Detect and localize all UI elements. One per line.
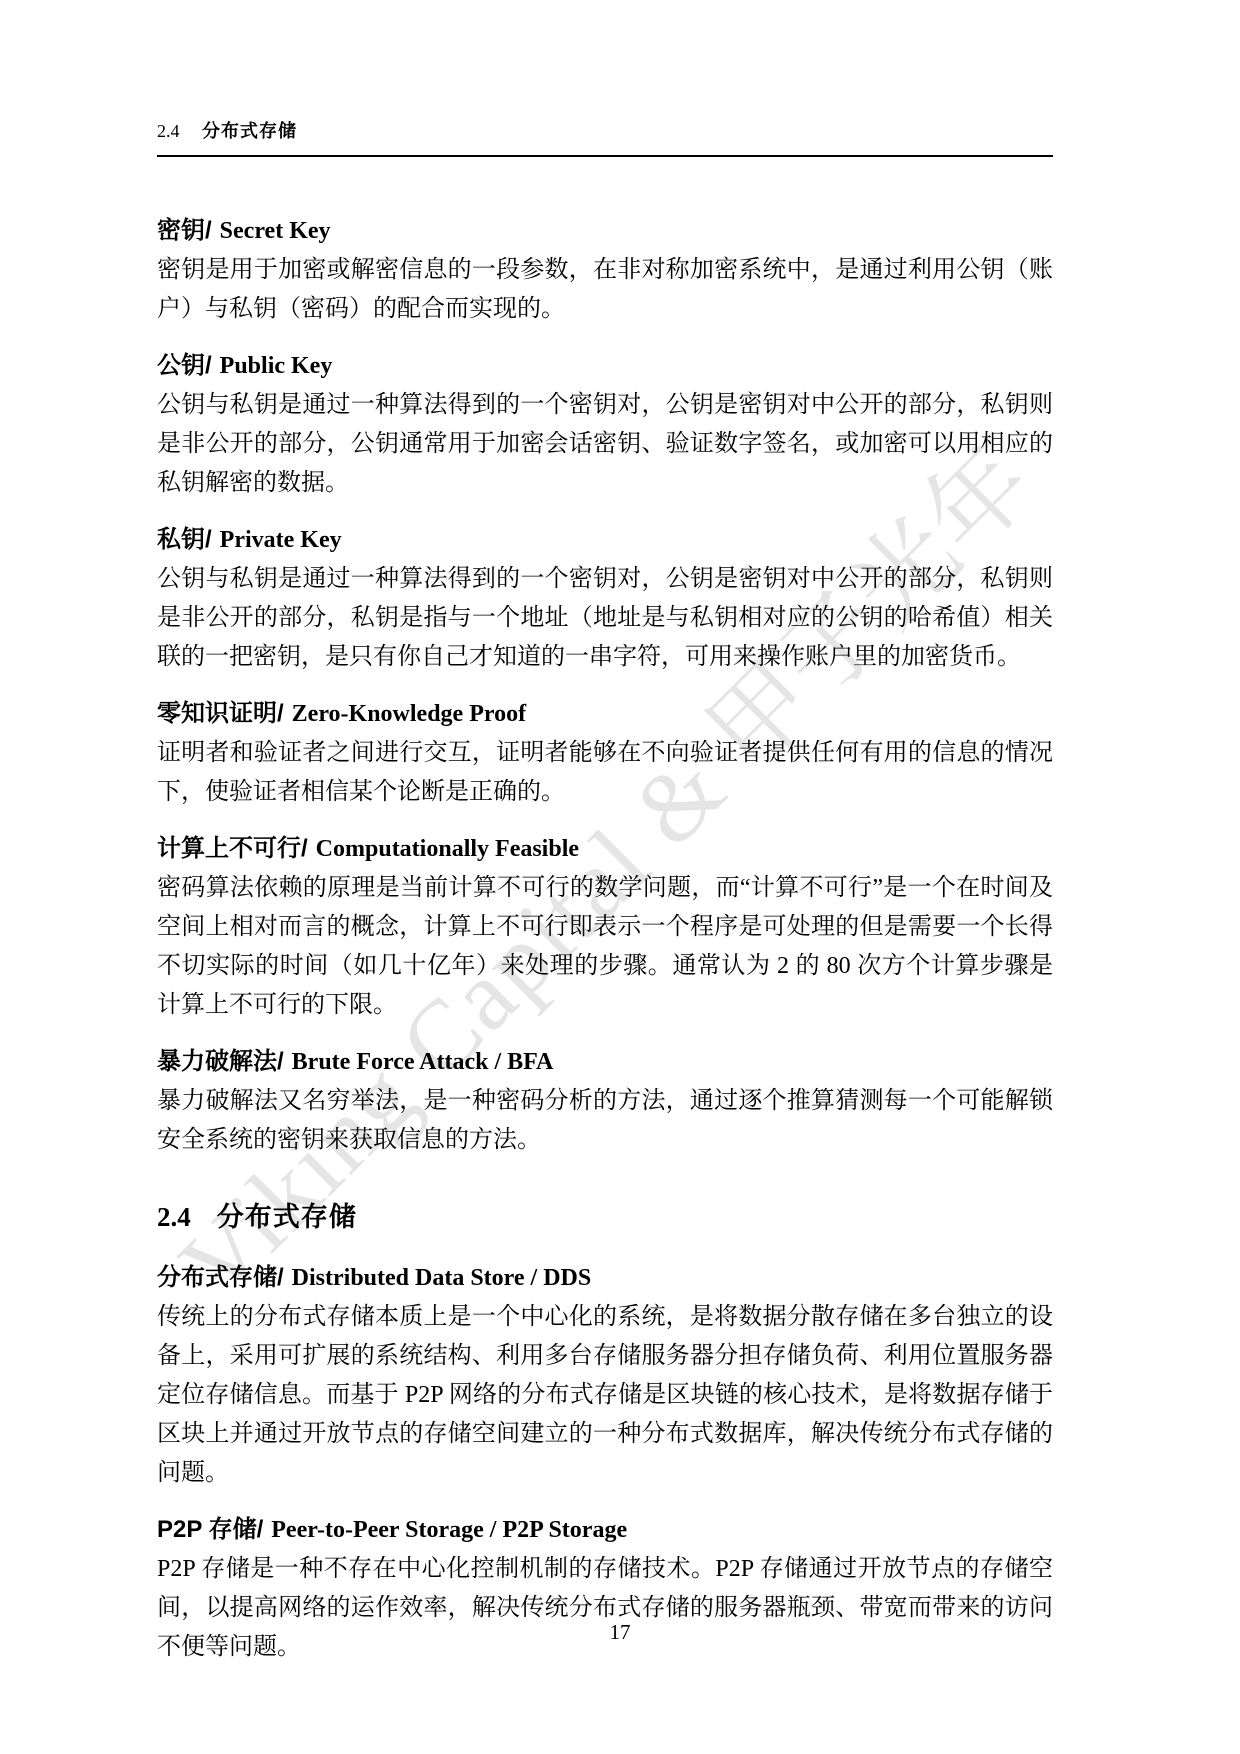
- entry-term-heading: 密钥/Secret Key: [157, 211, 1053, 251]
- entry-term-heading: 私钥/Private Key: [157, 520, 1053, 560]
- section-heading-title: 分布式存储: [217, 1202, 357, 1232]
- entry-term-en: Private Key: [220, 527, 342, 553]
- glossary-entry: 私钥/Private Key公钥与私钥是通过一种算法得到的一个密钥对，公钥是密钥…: [157, 520, 1053, 677]
- entry-term-en: Distributed Data Store / DDS: [292, 1265, 592, 1291]
- section-heading: 2.4分布式存储: [157, 1200, 1053, 1234]
- running-header: 2.4 分布式存储: [157, 120, 1053, 157]
- page-number: 17: [0, 1620, 1240, 1645]
- entry-term-zh: P2P 存储/: [157, 1516, 263, 1543]
- glossary-entry: 暴力破解法/Brute Force Attack / BFA暴力破解法又名穷举法…: [157, 1042, 1053, 1160]
- entry-definition: 证明者和验证者之间进行交互，证明者能够在不向验证者提供任何有用的信息的情况下，使…: [157, 734, 1053, 812]
- entry-definition: P2P 存储是一种不存在中心化控制机制的存储技术。P2P 存储通过开放节点的存储…: [157, 1550, 1053, 1667]
- entry-term-heading: 分布式存储/Distributed Data Store / DDS: [157, 1258, 1053, 1298]
- entry-term-zh: 公钥/: [157, 352, 212, 379]
- entry-term-zh: 暴力破解法/: [157, 1048, 284, 1075]
- entry-definition: 公钥与私钥是通过一种算法得到的一个密钥对，公钥是密钥对中公开的部分，私钥则是非公…: [157, 386, 1053, 503]
- entry-term-heading: 公钥/Public Key: [157, 346, 1053, 386]
- entry-definition: 密码算法依赖的原理是当前计算不可行的数学问题，而“计算不可行”是一个在时间及空间…: [157, 869, 1053, 1025]
- entry-term-heading: 计算上不可行/Computationally Feasible: [157, 829, 1053, 869]
- document-body: 密钥/Secret Key密钥是用于加密或解密信息的一段参数，在非对称加密系统中…: [157, 211, 1053, 1667]
- glossary-entry: 分布式存储/Distributed Data Store / DDS传统上的分布…: [157, 1258, 1053, 1493]
- entry-term-zh: 私钥/: [157, 526, 212, 553]
- entry-definition: 传统上的分布式存储本质上是一个中心化的系统，是将数据分散存储在多台独立的设备上，…: [157, 1298, 1053, 1493]
- glossary-entry: 密钥/Secret Key密钥是用于加密或解密信息的一段参数，在非对称加密系统中…: [157, 211, 1053, 329]
- entry-term-heading: 零知识证明/Zero-Knowledge Proof: [157, 694, 1053, 734]
- content-column: 2.4 分布式存储 密钥/Secret Key密钥是用于加密或解密信息的一段参数…: [157, 120, 1053, 1667]
- entry-term-zh: 零知识证明/: [157, 700, 284, 727]
- running-header-section-number: 2.4: [157, 121, 180, 141]
- entry-term-heading: 暴力破解法/Brute Force Attack / BFA: [157, 1042, 1053, 1082]
- entry-term-en: Zero-Knowledge Proof: [292, 701, 526, 727]
- entry-definition: 公钥与私钥是通过一种算法得到的一个密钥对，公钥是密钥对中公开的部分，私钥则是非公…: [157, 560, 1053, 677]
- glossary-entry: 公钥/Public Key公钥与私钥是通过一种算法得到的一个密钥对，公钥是密钥对…: [157, 346, 1053, 503]
- entry-term-en: Secret Key: [220, 218, 331, 244]
- entry-term-en: Computationally Feasible: [316, 836, 579, 862]
- entry-term-zh: 分布式存储/: [157, 1264, 284, 1291]
- document-page: Viking Capital & 甲子光年 2.4 分布式存储 密钥/Secre…: [0, 0, 1240, 1754]
- entry-term-en: Public Key: [220, 353, 333, 379]
- entry-term-zh: 计算上不可行/: [157, 835, 308, 862]
- running-header-section-title: 分布式存储: [202, 121, 297, 141]
- entry-term-en: Brute Force Attack / BFA: [292, 1049, 554, 1075]
- entry-definition: 密钥是用于加密或解密信息的一段参数，在非对称加密系统中，是通过利用公钥（账户）与…: [157, 251, 1053, 329]
- section-heading-number: 2.4: [157, 1202, 191, 1232]
- entry-term-en: Peer-to-Peer Storage / P2P Storage: [271, 1517, 627, 1543]
- entry-definition: 暴力破解法又名穷举法，是一种密码分析的方法，通过逐个推算猜测每一个可能解锁安全系…: [157, 1082, 1053, 1160]
- entry-term-zh: 密钥/: [157, 217, 212, 244]
- entry-term-heading: P2P 存储/Peer-to-Peer Storage / P2P Storag…: [157, 1510, 1053, 1550]
- glossary-entry: 计算上不可行/Computationally Feasible密码算法依赖的原理…: [157, 829, 1053, 1025]
- glossary-entry: 零知识证明/Zero-Knowledge Proof证明者和验证者之间进行交互，…: [157, 694, 1053, 812]
